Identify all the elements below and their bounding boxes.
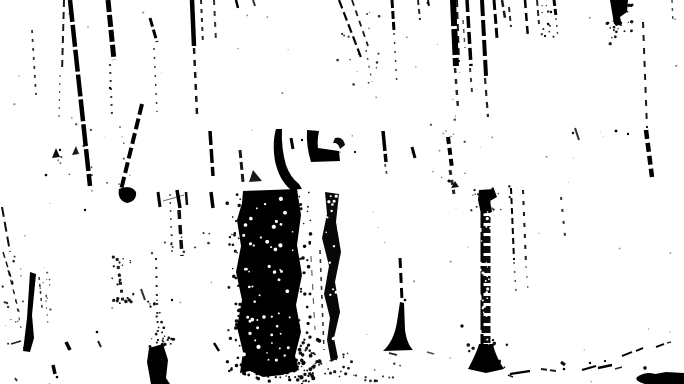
speckle-dot [129, 175, 130, 176]
ink-dot [627, 133, 629, 135]
speckle-dot [164, 241, 166, 243]
ink-dot [301, 139, 303, 141]
speckle-dot [303, 380, 305, 382]
speckle-dot [304, 370, 306, 372]
speckle-dot [294, 358, 297, 361]
speckle-dot [349, 59, 350, 60]
speckle-dot [236, 193, 239, 196]
speckle-dot [159, 312, 161, 314]
speckle-dot [119, 302, 121, 304]
speckle-dot [306, 331, 309, 334]
speckle-dot [104, 136, 105, 137]
speckle-hole [262, 315, 265, 318]
speckle-hole [292, 231, 294, 233]
speckle-dot [300, 290, 302, 292]
speckle-dot [350, 360, 353, 363]
speckle-dot [13, 103, 15, 105]
speckle-dot [245, 366, 249, 370]
speckle-hole [283, 211, 287, 215]
speckle-dot [300, 288, 302, 290]
speckle-dot [455, 116, 456, 117]
speckle-dot [509, 196, 511, 198]
speckle-dot [500, 209, 502, 211]
speckle-dot [142, 12, 144, 14]
speckle-hole [491, 229, 493, 231]
ink-dot [56, 376, 59, 379]
speckle-dot [130, 262, 132, 264]
speckle-hole [335, 291, 338, 294]
snow-background [0, 0, 684, 384]
speckle-dot [538, 233, 539, 234]
speckle-hole [487, 266, 488, 267]
speckle-dot [548, 31, 550, 33]
ink-dot [643, 366, 646, 369]
speckle-dot [307, 322, 310, 325]
speckle-hole [256, 326, 259, 329]
speckle-dot [44, 267, 45, 268]
speckle-hole [485, 291, 488, 294]
speckle-dot [342, 353, 344, 355]
forest-svg [0, 0, 684, 384]
ink-dot [59, 149, 61, 151]
speckle-dot [309, 354, 313, 358]
speckle-dot [116, 299, 119, 302]
speckle-hole [330, 195, 332, 197]
speckle-dot [308, 315, 311, 318]
speckle-dot [492, 339, 494, 341]
speckle-dot [281, 92, 283, 94]
speckle-dot [303, 339, 305, 341]
speckle-dot [329, 372, 332, 375]
speckle-dot [17, 321, 18, 322]
speckle-dot [258, 370, 261, 373]
speckle-hole [270, 334, 273, 337]
speckle-dot [318, 364, 320, 366]
ink-dot [96, 331, 99, 334]
speckle-dot [307, 206, 309, 208]
speckle-dot [68, 13, 69, 14]
speckle-dot [306, 259, 308, 261]
speckle-dot [112, 256, 115, 259]
speckle-dot [308, 192, 310, 194]
ink-dot [354, 151, 356, 153]
speckle-dot [324, 373, 326, 375]
speckle-hole [256, 345, 260, 349]
speckle-dot [235, 319, 239, 323]
speckle-dot [23, 347, 25, 349]
speckle-hole [264, 203, 266, 205]
speckle-dot [445, 130, 447, 132]
speckle-dot [353, 374, 354, 375]
speckle-dot [162, 326, 165, 329]
speckle-dot [467, 343, 471, 347]
speckle-dot [161, 340, 163, 342]
speckle-hole [260, 236, 262, 238]
speckle-dot [91, 174, 93, 176]
tree-streak [291, 138, 293, 149]
speckle-dot [378, 15, 381, 18]
speckle-dot [453, 133, 454, 134]
tree-streak [53, 365, 55, 374]
speckle-dot [158, 327, 160, 329]
speckle-dot [369, 380, 372, 383]
ink-dot [550, 11, 552, 13]
speckle-dot [628, 22, 629, 23]
speckle-dot [476, 89, 477, 90]
speckle-dot [167, 339, 169, 341]
speckle-dot [49, 203, 50, 204]
speckle-dot [298, 348, 302, 352]
speckle-dot [374, 369, 376, 371]
speckle-dot [552, 36, 554, 38]
speckle-hole [279, 197, 283, 201]
speckle-dot [615, 30, 618, 33]
speckle-dot [547, 10, 550, 13]
speckle-dot [251, 130, 252, 131]
speckle-hole [272, 225, 276, 229]
speckle-dot [374, 380, 376, 382]
speckle-dot [614, 35, 617, 38]
speckle-dot [237, 357, 240, 360]
speckle-dot [376, 67, 378, 69]
speckle-dot [298, 324, 300, 326]
speckle-dot [270, 374, 272, 376]
speckle-dot [344, 372, 347, 375]
speckle-dot [9, 274, 11, 276]
speckle-dot [60, 162, 62, 164]
speckle-hole [335, 195, 338, 198]
ink-dot [448, 180, 451, 183]
speckle-dot [406, 36, 408, 38]
speckle-dot [226, 360, 229, 363]
speckle-dot [313, 367, 315, 369]
speckle-dot [181, 236, 183, 238]
speckle-hole [244, 268, 247, 271]
speckle-dot [309, 367, 313, 371]
tree-streak [667, 342, 671, 343]
speckle-dot [300, 345, 302, 347]
forest-image [0, 0, 684, 384]
speckle-dot [163, 345, 165, 347]
speckle-dot [303, 223, 304, 224]
speckle-dot [180, 232, 183, 235]
speckle-hole [329, 294, 331, 296]
speckle-hole [279, 347, 281, 349]
speckle-dot [541, 12, 543, 14]
speckle-dot [172, 246, 174, 248]
speckle-dot [311, 352, 313, 354]
speckle-dot [232, 268, 233, 269]
speckle-dot [71, 117, 73, 119]
speckle-dot [235, 220, 237, 222]
speckle-dot [232, 244, 235, 247]
speckle-hole [337, 228, 339, 230]
speckle-dot [299, 203, 302, 206]
speckle-dot [49, 279, 51, 281]
speckle-dot [230, 368, 233, 371]
speckle-dot [341, 33, 343, 35]
speckle-hole [486, 217, 489, 220]
speckle-dot [618, 8, 621, 11]
speckle-dot [172, 235, 173, 236]
speckle-dot [300, 207, 303, 210]
speckle-hole [278, 278, 281, 281]
speckle-hole [280, 223, 283, 226]
speckle-dot [386, 154, 387, 155]
ink-dot [547, 23, 549, 25]
speckle-hole [292, 249, 294, 251]
speckle-dot [568, 182, 569, 183]
speckle-dot [106, 182, 108, 184]
speckle-dot [439, 150, 441, 152]
speckle-hole [253, 244, 255, 246]
speckle-dot [430, 124, 432, 126]
speckle-dot [347, 353, 349, 355]
speckle-dot [237, 315, 239, 317]
speckle-hole [482, 306, 485, 309]
ink-dot [427, 2, 430, 5]
speckle-hole [248, 286, 251, 289]
ink-dot [615, 130, 618, 133]
speckle-dot [630, 20, 633, 23]
speckle-hole [253, 300, 256, 303]
speckle-dot [609, 42, 612, 45]
speckle-dot [377, 53, 379, 55]
speckle-dot [228, 243, 231, 246]
speckle-hole [254, 339, 256, 341]
speckle-dot [10, 319, 11, 320]
speckle-dot [113, 265, 115, 267]
speckle-dot [613, 29, 615, 31]
speckle-dot [118, 261, 120, 263]
speckle-dot [20, 269, 21, 270]
speckle-hole [246, 316, 249, 319]
speckle-hole [278, 243, 282, 247]
speckle-dot [484, 199, 487, 202]
speckle-dot [483, 356, 486, 359]
speckle-dot [388, 377, 390, 379]
speckle-dot [442, 132, 444, 134]
speckle-dot [75, 123, 77, 125]
speckle-dot [674, 18, 676, 20]
speckle-dot [111, 277, 113, 279]
speckle-dot [132, 294, 133, 295]
speckle-dot [600, 131, 601, 132]
speckle-dot [302, 271, 305, 274]
speckle-dot [327, 368, 329, 370]
speckle-dot [6, 302, 9, 305]
speckle-dot [149, 305, 151, 307]
speckle-dot [492, 344, 494, 346]
speckle-dot [308, 349, 311, 352]
speckle-hole [279, 269, 281, 271]
speckle-dot [506, 344, 509, 347]
speckle-dot [236, 252, 238, 254]
speckle-dot [364, 379, 366, 381]
speckle-dot [499, 360, 501, 362]
speckle-dot [275, 376, 277, 378]
speckle-dot [299, 258, 301, 260]
speckle-dot [170, 338, 172, 340]
speckle-dot [288, 378, 291, 381]
speckle-dot [296, 378, 299, 381]
speckle-dot [297, 366, 299, 368]
speckle-dot [546, 5, 547, 6]
speckle-dot [252, 217, 254, 219]
speckle-dot [316, 338, 320, 342]
speckle-dot [473, 189, 475, 191]
speckle-dot [329, 360, 330, 361]
speckle-dot [238, 238, 240, 240]
speckle-dot [489, 368, 492, 371]
speckle-dot [365, 376, 367, 378]
ink-dot [45, 174, 48, 177]
speckle-dot [229, 236, 231, 238]
speckle-dot [392, 376, 394, 378]
speckle-dot [613, 20, 615, 22]
speckle-hole [491, 240, 492, 241]
speckle-dot [42, 282, 43, 283]
speckle-dot [119, 126, 121, 128]
speckle-hole [481, 240, 483, 242]
speckle-dot [275, 366, 278, 369]
speckle-dot [366, 334, 367, 335]
speckle-dot [237, 309, 241, 313]
speckle-dot [227, 286, 230, 289]
speckle-dot [620, 21, 623, 24]
speckle-dot [116, 283, 118, 285]
speckle-dot [437, 44, 438, 45]
speckle-dot [240, 225, 242, 227]
speckle-hole [268, 265, 271, 268]
speckle-dot [624, 30, 626, 32]
speckle-dot [266, 16, 268, 18]
speckle-dot [207, 242, 210, 245]
speckle-dot [302, 341, 305, 344]
speckle-dot [298, 319, 300, 321]
speckle-dot [234, 326, 238, 330]
speckle-dot [477, 193, 479, 195]
speckle-dot [123, 142, 125, 144]
speckle-dot [450, 136, 451, 137]
speckle-dot [156, 315, 158, 317]
speckle-dot [256, 376, 259, 379]
speckle-dot [211, 282, 212, 283]
speckle-dot [287, 236, 289, 238]
speckle-hole [289, 316, 291, 318]
speckle-dot [244, 373, 247, 376]
speckle-hole [326, 216, 328, 218]
speckle-dot [357, 71, 358, 72]
speckle-dot [542, 5, 543, 6]
speckle-hole [484, 263, 486, 265]
speckle-hole [485, 226, 487, 228]
speckle-dot [235, 339, 237, 341]
speckle-dot [156, 342, 158, 344]
speckle-dot [151, 338, 152, 339]
speckle-dot [480, 147, 481, 148]
speckle-hole [271, 342, 273, 344]
speckle-dot [149, 303, 150, 304]
speckle-dot [339, 151, 341, 153]
speckle-dot [91, 166, 93, 168]
speckle-dot [336, 59, 339, 62]
speckle-dot [476, 206, 478, 208]
speckle-hole [333, 200, 336, 203]
speckle-dot [377, 227, 378, 228]
speckle-dot [342, 366, 345, 369]
speckle-hole [487, 211, 489, 213]
speckle-dot [630, 29, 633, 32]
speckle-dot [123, 158, 125, 160]
speckle-dot [118, 281, 120, 283]
speckle-dot [481, 288, 483, 290]
speckle-hole [244, 223, 248, 227]
speckle-dot [589, 17, 591, 19]
speckle-dot [304, 379, 307, 382]
speckle-dot [240, 363, 243, 366]
speckle-dot [303, 245, 306, 248]
speckle-dot [60, 156, 62, 158]
speckle-dot [492, 208, 494, 210]
speckle-dot [5, 325, 6, 326]
ink-dot [84, 209, 86, 211]
speckle-dot [7, 306, 9, 308]
ink-dot [109, 87, 111, 89]
speckle-dot [229, 337, 232, 340]
speckle-dot [228, 370, 231, 373]
speckle-dot [491, 207, 492, 208]
speckle-dot [179, 302, 181, 304]
speckle-dot [237, 48, 239, 50]
speckle-dot [122, 258, 124, 260]
speckle-hole [330, 210, 332, 212]
speckle-dot [384, 242, 385, 243]
speckle-dot [299, 196, 301, 198]
speckle-dot [309, 220, 311, 222]
speckle-dot [307, 211, 309, 213]
speckle-dot [410, 152, 411, 153]
speckle-dot [162, 338, 164, 340]
speckle-dot [130, 260, 131, 261]
speckle-dot [459, 72, 460, 73]
speckle-dot [611, 37, 613, 39]
speckle-dot [161, 73, 162, 74]
speckle-dot [376, 61, 379, 64]
trunk-mass [236, 189, 302, 377]
speckle-dot [432, 171, 433, 172]
speckle-hole [286, 289, 290, 293]
speckle-dot [227, 329, 229, 331]
speckle-hole [271, 316, 273, 318]
speckle-dot [375, 97, 376, 98]
speckle-dot [255, 372, 258, 375]
speckle-dot [233, 232, 236, 235]
speckle-dot [194, 246, 196, 248]
speckle-hole [485, 280, 487, 282]
speckle-hole [483, 311, 485, 313]
speckle-dot [279, 376, 281, 378]
speckle-dot [449, 357, 451, 359]
speckle-hole [249, 242, 252, 245]
speckle-hole [266, 352, 268, 354]
speckle-dot [251, 369, 253, 371]
speckle-dot [149, 345, 152, 348]
speckle-dot [603, 136, 604, 137]
speckle-dot [159, 347, 162, 350]
speckle-hole [268, 359, 270, 361]
ink-dot [404, 299, 407, 302]
